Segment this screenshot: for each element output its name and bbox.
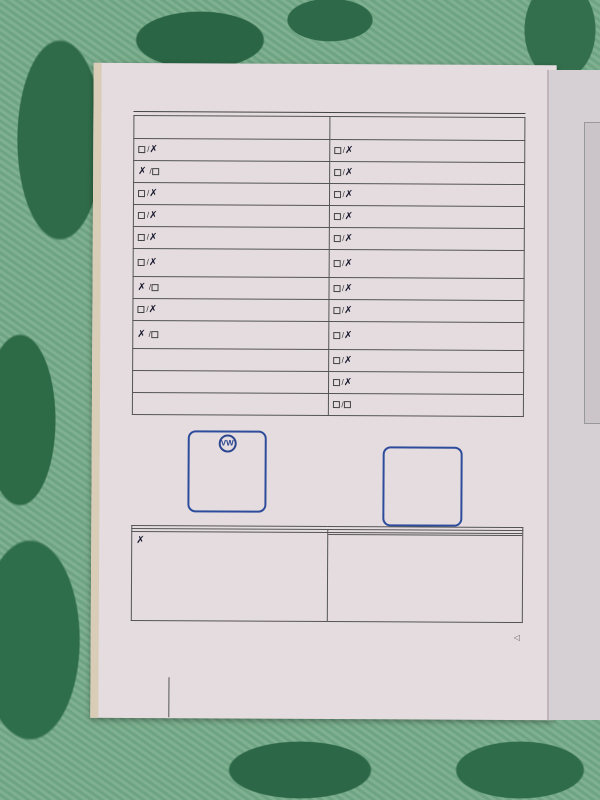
left-page: /✗ /✗ ✗/ /✗ /✗ /✗ /✗ /✗ /✗ /✗ /✗ /✗ ✗/ /… <box>90 63 556 720</box>
checkbox-icon[interactable] <box>333 235 340 242</box>
handwritten-check-icon: ✗ <box>345 233 353 244</box>
handwritten-check-icon: ✗ <box>344 283 352 294</box>
footer-divider <box>168 677 169 717</box>
checkbox-icon[interactable] <box>138 212 145 219</box>
right-item: /✗ <box>329 250 525 279</box>
extra-cell <box>327 533 523 623</box>
checkbox-icon[interactable] <box>138 190 145 197</box>
checkbox-icon[interactable] <box>138 259 145 266</box>
invoice-number <box>132 392 328 415</box>
handwritten-check-icon: ✗ <box>138 282 146 293</box>
checkbox-icon[interactable] <box>333 307 340 314</box>
left-item: ✗/ <box>134 161 330 184</box>
handwritten-check-icon: ✗ <box>345 211 353 222</box>
checkbox-icon[interactable] <box>137 306 144 313</box>
checkbox-icon[interactable] <box>333 285 340 292</box>
handwritten-check-icon: ✗ <box>345 145 353 156</box>
service-checklist: /✗ /✗ ✗/ /✗ /✗ /✗ /✗ /✗ /✗ /✗ /✗ /✗ ✗/ /… <box>132 115 526 417</box>
right-item: /✗ <box>329 228 525 251</box>
handwritten-check-icon: ✗ <box>344 355 352 366</box>
handwritten-check-icon: ✗ <box>149 304 157 315</box>
left-item: /✗ <box>133 227 329 250</box>
checklist-row: /✗ /✗ <box>133 183 524 207</box>
checkbox-icon[interactable] <box>333 357 340 364</box>
checklist-row: /✗ /✗ <box>134 139 525 163</box>
right-item: /✗ <box>329 162 525 185</box>
checkbox-icon[interactable] <box>333 332 340 339</box>
right-item: /✗ <box>328 322 524 351</box>
right-page-figure <box>584 122 600 424</box>
checklist-row: /✗ /✗ <box>133 299 524 323</box>
checklist-row: / <box>132 392 523 416</box>
left-item: /✗ <box>134 139 330 162</box>
handwritten-check-icon: ✗ <box>149 210 157 221</box>
left-item: /✗ <box>133 249 329 278</box>
handwritten-check-icon: ✗ <box>149 188 157 199</box>
right-item: /✗ <box>328 300 524 323</box>
right-item: /✗ <box>328 278 524 301</box>
checklist-row: /✗ /✗ <box>133 227 524 251</box>
handwritten-check-icon: ✗ <box>149 232 157 243</box>
left-item: /✗ <box>133 183 329 206</box>
checkbox-icon[interactable] <box>333 213 340 220</box>
checklist-row: /✗ <box>132 371 523 395</box>
checklist-row: ✗/ /✗ <box>133 321 524 351</box>
handwritten-check-icon: ✗ <box>138 166 146 177</box>
checklist-row: ✗/ /✗ <box>133 277 524 301</box>
checklist-row: /✗ <box>133 349 524 373</box>
handwritten-check-icon: ✗ <box>137 329 145 340</box>
checkbox-icon[interactable] <box>334 191 341 198</box>
handwritten-check-icon: ✗ <box>344 377 352 388</box>
right-header <box>329 117 525 141</box>
checkbox-icon[interactable] <box>151 284 158 291</box>
service-booklet: /✗ /✗ ✗/ /✗ /✗ /✗ /✗ /✗ /✗ /✗ /✗ /✗ ✗/ /… <box>92 64 600 724</box>
right-item: /✗ <box>328 350 524 373</box>
checkbox-icon[interactable] <box>151 331 158 338</box>
arrow-icon: ◁ <box>514 633 520 642</box>
vw-logo-icon: VW <box>218 434 236 452</box>
left-item: /✗ <box>133 205 329 228</box>
title-rule <box>133 111 525 114</box>
checklist-row: /✗ /✗ <box>133 205 524 229</box>
checklist-row: /✗ /✗ <box>133 249 524 279</box>
checkbox-icon[interactable] <box>138 234 145 241</box>
handwritten-check-icon: ✗ <box>345 167 353 178</box>
handwritten-check-icon: ✗ <box>344 305 352 316</box>
right-item: /✗ <box>329 140 525 163</box>
handwritten-check-icon: ✗ <box>345 189 353 200</box>
km-stand <box>132 371 328 394</box>
right-item: /✗ <box>328 372 524 395</box>
right-item: / <box>328 394 524 417</box>
checkbox-icon[interactable] <box>138 146 145 153</box>
checkbox-icon[interactable] <box>344 401 351 408</box>
page-footer <box>156 685 178 694</box>
partner-stamp <box>382 446 462 526</box>
handwritten-check-icon: ✗ <box>344 330 352 341</box>
workshop-stamp: VW <box>187 430 266 512</box>
next-service-table: ✗ <box>131 525 523 623</box>
checkbox-icon[interactable] <box>332 401 339 408</box>
service-date <box>133 349 329 372</box>
right-item: /✗ <box>329 184 525 207</box>
handwritten-check-icon: ✗ <box>149 257 157 268</box>
handwritten-check-icon: ✗ <box>149 144 157 155</box>
left-item: ✗/ <box>133 321 329 350</box>
checkbox-icon[interactable] <box>334 147 341 154</box>
handwritten-check-icon: ✗ <box>344 258 352 269</box>
left-header <box>134 116 330 140</box>
checkbox-icon[interactable] <box>334 169 341 176</box>
checklist-row: ✗/ /✗ <box>134 161 525 185</box>
left-item: /✗ <box>133 299 329 322</box>
extra-header <box>328 534 523 536</box>
checkbox-icon[interactable] <box>333 379 340 386</box>
checkbox-icon[interactable] <box>152 168 159 175</box>
checkbox-icon[interactable] <box>333 260 340 267</box>
event-cell: ✗ <box>131 531 327 621</box>
right-item: /✗ <box>329 206 525 229</box>
left-item: ✗/ <box>133 277 329 300</box>
